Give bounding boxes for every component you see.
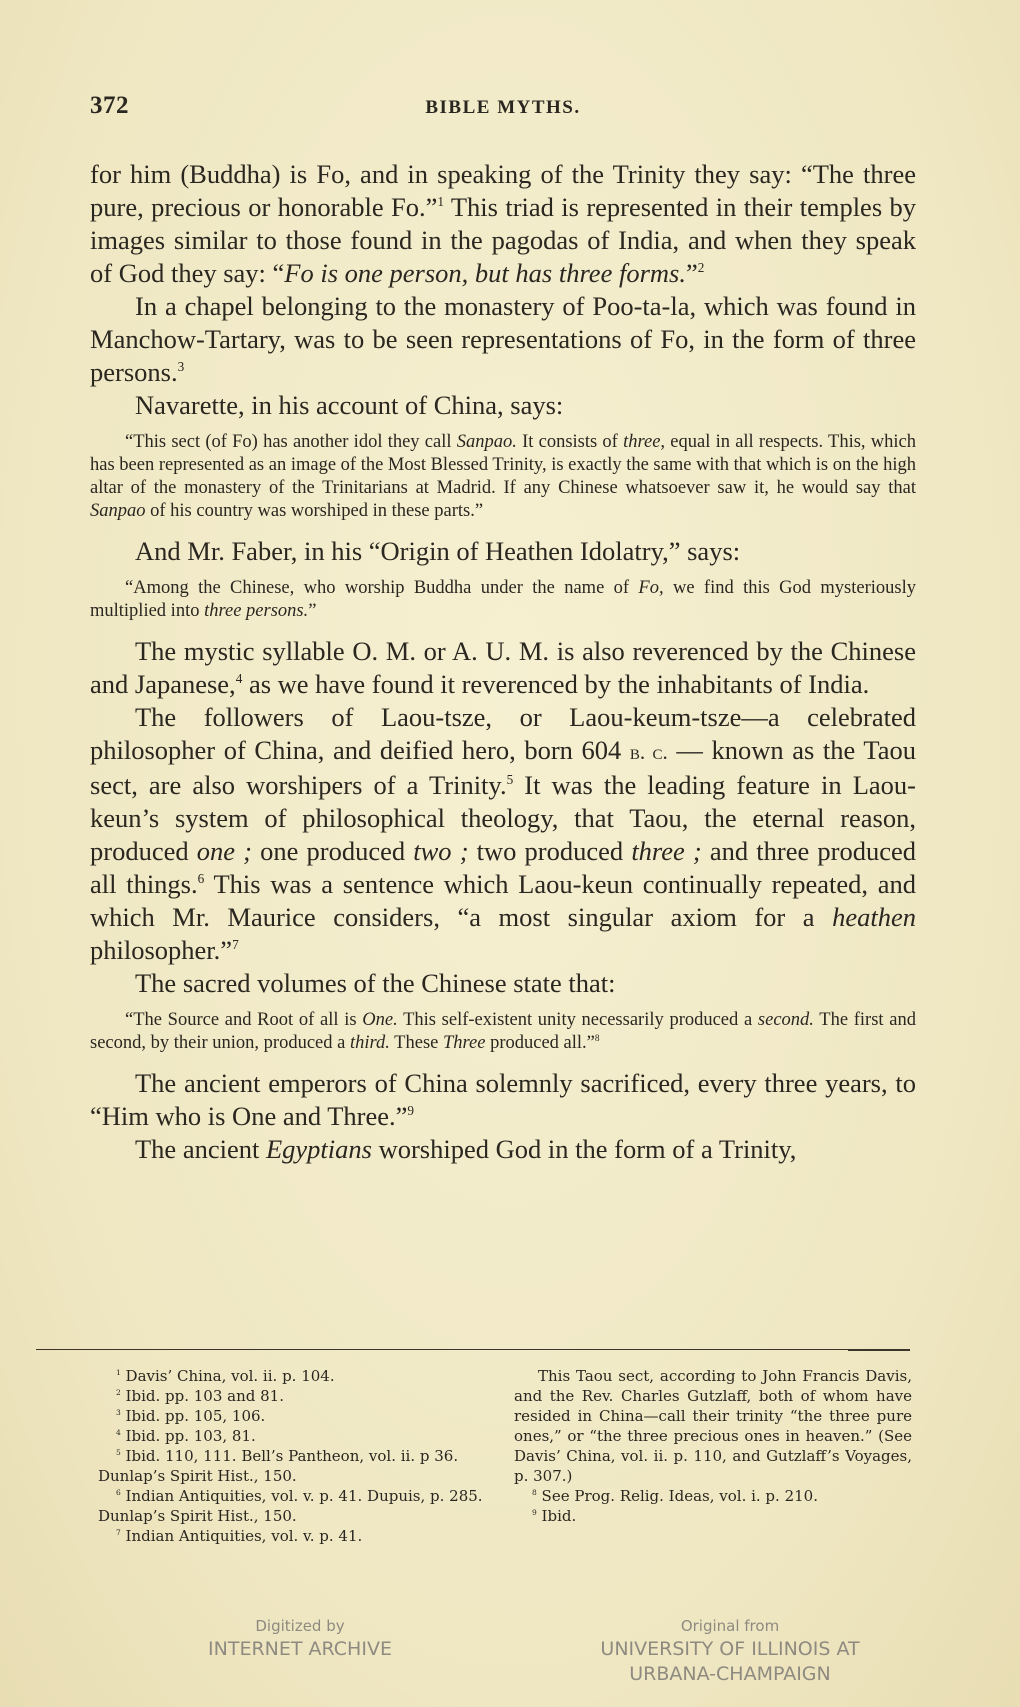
footnote-5-continuation: This Taou sect, according to John Franci… [514, 1366, 912, 1486]
footnote-7: 7 Indian Antiquities, vol. v. p. 41. [98, 1526, 496, 1546]
footnote-1: 1 Davis’ China, vol. ii. p. 104. [98, 1366, 496, 1386]
footnote-ref[interactable]: 8 [595, 1034, 600, 1044]
running-head: 372 BIBLE MYTHS. [90, 92, 916, 122]
footnote-ref[interactable]: 3 [178, 359, 185, 374]
footnote-5: 5 Ibid. 110, 111. Bell’s Pantheon, vol. … [98, 1446, 496, 1486]
running-title: BIBLE MYTHS. [90, 97, 916, 119]
footnote-ref[interactable]: 2 [698, 260, 705, 275]
footnote-9: 9 Ibid. [514, 1506, 912, 1526]
paragraph-9: The ancient Egyptians worshiped God in t… [90, 1133, 916, 1166]
footnote-ref[interactable]: 7 [232, 937, 239, 952]
footnote-ref[interactable]: 9 [407, 1103, 414, 1118]
footnote-4: 4 Ibid. pp. 103, 81. [98, 1426, 496, 1446]
footnote-divider [36, 1349, 906, 1350]
footnote-2: 2 Ibid. pp. 103 and 81. [98, 1386, 496, 1406]
digitizer-watermark: Digitized by INTERNET ARCHIVE [190, 1615, 410, 1662]
paragraph-6: The followers of Laou-tsze, or Laou-keum… [90, 701, 916, 967]
paragraph-5: The mystic syllable O. M. or A. U. M. is… [90, 635, 916, 701]
source-watermark: Original from UNIVERSITY OF ILLINOIS AT … [560, 1615, 900, 1687]
paragraph-1: for him (Buddha) is Fo, and in speaking … [90, 158, 916, 290]
footnotes-right-column: This Taou sect, according to John Franci… [514, 1366, 912, 1526]
block-quote-sacred-volumes: “The Source and Root of all is One. This… [90, 1009, 916, 1055]
footnotes-left-column: 1 Davis’ China, vol. ii. p. 104. 2 Ibid.… [98, 1366, 496, 1546]
block-quote-faber: “Among the Chinese, who worship Buddha u… [90, 577, 916, 623]
paragraph-4: And Mr. Faber, in his “Origin of Heathen… [90, 535, 916, 568]
footnote-divider-accent [848, 1349, 910, 1351]
paragraph-7: The sacred volumes of the Chinese state … [90, 967, 916, 1000]
footnote-8: 8 See Prog. Relig. Ideas, vol. i. p. 210… [514, 1486, 912, 1506]
footnote-ref[interactable]: 1 [437, 194, 444, 209]
footnote-6: 6 Indian Antiquities, vol. v. p. 41. Dup… [98, 1486, 496, 1526]
paragraph-8: The ancient emperors of China solemnly s… [90, 1067, 916, 1133]
body-text: for him (Buddha) is Fo, and in speaking … [90, 158, 916, 1166]
paragraph-3: Navarette, in his account of China, says… [90, 389, 916, 422]
block-quote-navarette: “This sect (of Fo) has another idol they… [90, 431, 916, 523]
footnote-3: 3 Ibid. pp. 105, 106. [98, 1406, 496, 1426]
paragraph-2: In a chapel belonging to the monastery o… [90, 290, 916, 389]
